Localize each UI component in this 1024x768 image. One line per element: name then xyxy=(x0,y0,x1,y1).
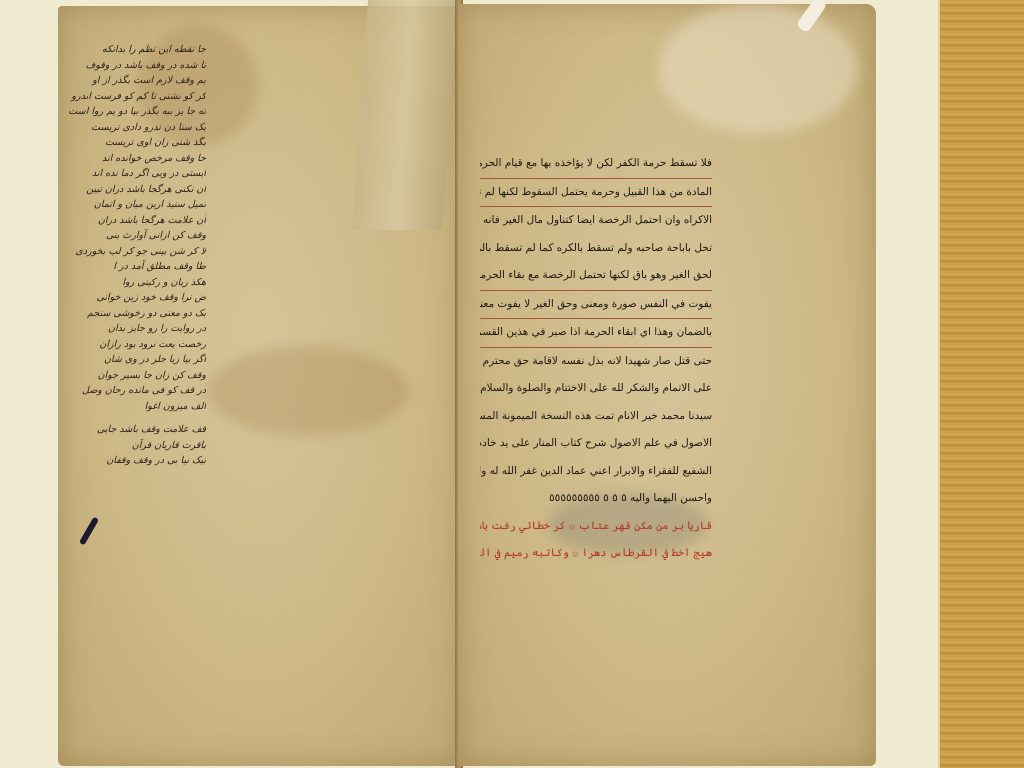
margin-line: الف میزون اغوا xyxy=(66,399,206,415)
colophon-verse: قاريا بر من مكن قهر عتاب ۞ كر خطائي رفت … xyxy=(480,513,712,541)
margin-line: کر کو نشنی تا کم کو فرست اندرو xyxy=(66,89,206,105)
text-line: الاكراه وان احتمل الرخصة ايضا كتناول مال… xyxy=(480,207,712,235)
text-line: الشفيع للفقراء والابرار اعني عماد الدين … xyxy=(480,458,712,486)
margin-line: هکذ ریان و رکینی روا xyxy=(66,275,206,291)
wooden-table xyxy=(940,0,1024,768)
margin-line: طا وقف مطلق آمد در ا xyxy=(66,259,206,275)
margin-line: لا کر شن بینی جو کر لب بخوردی xyxy=(66,244,206,260)
margin-line: رخصت یعت نرود بود رازان xyxy=(66,337,206,353)
water-stain xyxy=(208,346,408,436)
text-line: تحل باباحة صاحبه ولم تسقط بالكره كما لم … xyxy=(480,235,712,263)
text-line: بالضمان وهذا اي ابقاء الحرمة اذا صبر في … xyxy=(480,319,712,348)
margin-line: جا نقطه این نظم را بدانکه xyxy=(66,42,206,58)
main-text-block: فلا تسقط حرمة الكفر لكن لا يؤاخذه بها مع… xyxy=(480,150,712,568)
margin-line: ته جا یز ببه بگذر بیا دو یم روا است xyxy=(66,104,206,120)
margin-line: بک دو معنی دو رخوشی سنجم xyxy=(66,306,206,322)
text-line: الاصول في علم الاصول شرح كتاب المنار على… xyxy=(480,430,712,458)
margin-line: آن علامت هرگجا باشد دران xyxy=(66,213,206,229)
text-line: فلا تسقط حرمة الكفر لكن لا يؤاخذه بها مع… xyxy=(480,150,712,179)
margin-line: ایستی در ویی اگر دما نده اند xyxy=(66,166,206,182)
text-line: على الاتمام والشكر لله على الاختتام والص… xyxy=(480,375,712,403)
margin-line: ان نکنی هرگجا باشد دران تیین xyxy=(66,182,206,198)
torn-flap xyxy=(352,0,458,230)
text-line: يفوت في النفس صورة ومعنى وحق الغير لا يف… xyxy=(480,291,712,320)
margin-line: تا شده در وقف باشد در وقوف xyxy=(66,58,206,74)
margin-line: نیک نیا بی در وقف وقفان xyxy=(66,453,206,469)
margin-line: اگر بیا زیا حلر در وی شان xyxy=(66,352,206,368)
margin-line: یم وقف لازم است بگذر از او xyxy=(66,73,206,89)
margin-line: در قف کو فی مانده رحان وصل xyxy=(66,383,206,399)
text-line: واحسن اليهما واليه ٥ ٥ ٥ ٥٥٥٥٥٥٥٥٥ xyxy=(480,485,712,513)
margin-line: قف علامت وقف باشد جایی xyxy=(66,422,206,438)
margin-line: ض نرا وقف خود زین خوانی xyxy=(66,290,206,306)
text-line: حتى قتل صار شهيدا لانه بذل نفسه لاقامة ح… xyxy=(480,348,712,376)
margin-line: حا وقف مرخص خوانده اند xyxy=(66,151,206,167)
text-line: سيدنا محمد خير الانام تمت هذه النسخة الم… xyxy=(480,403,712,431)
margin-line: بک سنا دن ندرو دادی تریست xyxy=(66,120,206,136)
margin-line: تمیل سنیذ ارین میان و اتمان xyxy=(66,197,206,213)
margin-line: بگذ شنی زان اوی تریست xyxy=(66,135,206,151)
margin-line: وقف کن ازانی آوارث بنی xyxy=(66,228,206,244)
faded-patch xyxy=(658,4,858,134)
colophon-verse: هيج اخط في القرطاس دهرا ۞ وكاتبه رميم في… xyxy=(480,540,712,568)
text-line: المادة من هذا القبيل وحرمة يحتمل السقوط … xyxy=(480,179,712,208)
text-line: لحق الغير وهو باق لكنها تحتمل الرخصة مع … xyxy=(480,262,712,291)
margin-line: وقف کن زان جا بسیر جوان xyxy=(66,368,206,384)
margin-line: در روایت را رو جایز بدان xyxy=(66,321,206,337)
marginal-notes: جا نقطه این نظم را بدانکه تا شده در وقف … xyxy=(66,42,206,469)
margin-line: باقرت قاریان قرآن xyxy=(66,438,206,454)
